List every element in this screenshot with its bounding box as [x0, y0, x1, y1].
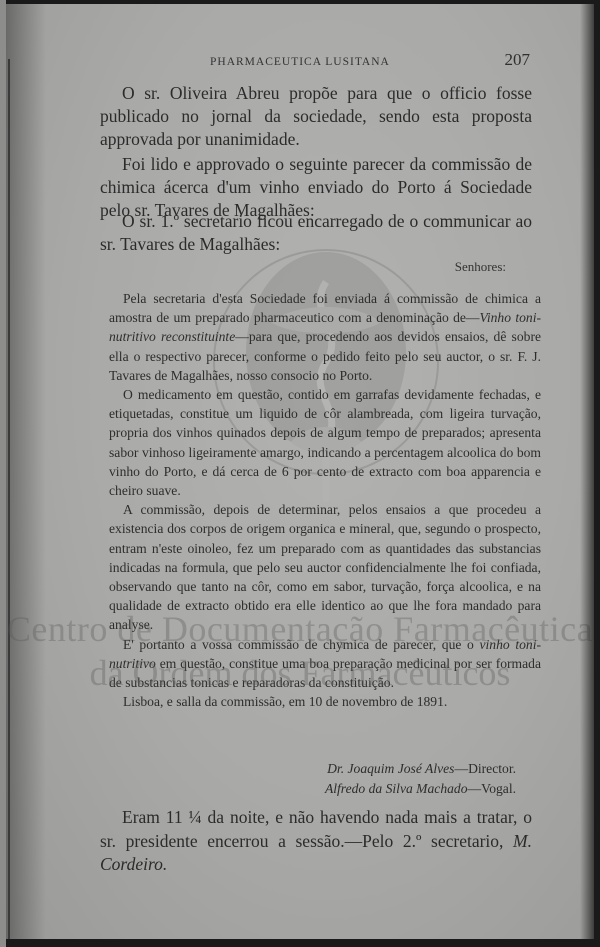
paragraph-text: Eram 11 ¼ da noite, e não havendo nada m…	[100, 806, 532, 877]
report-paragraph: E' portanto a vossa commissão de chymica…	[109, 635, 541, 693]
report-text: E' portanto a vossa commissão de chymica…	[123, 637, 479, 652]
body-paragraph: O sr. 1.º secretario ficou encarregado d…	[100, 210, 532, 256]
signature-line: Alfredo da Silva Machado—Vogal.	[106, 779, 516, 799]
signatory-name: Dr. Joaquim José Alves	[327, 761, 454, 776]
report-text: Pela secretaria d'esta Sociedade foi env…	[109, 291, 541, 325]
signature-line: Dr. Joaquim José Alves—Director.	[106, 759, 516, 779]
signatory-name: Alfredo da Silva Machado	[325, 781, 468, 796]
paragraph-text: O sr. 1.º secretario ficou encarregado d…	[100, 210, 532, 256]
report-salutation: Senhores:	[455, 259, 506, 275]
closing-text: Eram 11 ¼ da noite, e não havendo nada m…	[100, 807, 532, 851]
report-paragraph: Pela secretaria d'esta Sociedade foi env…	[109, 289, 541, 385]
paragraph-text: O sr. Oliveira Abreu propõe para que o o…	[100, 82, 532, 151]
report-text: em questão, constitue uma boa preparação…	[109, 656, 541, 690]
commission-report: Pela secretaria d'esta Sociedade foi env…	[109, 289, 541, 711]
signatory-role: —Vogal.	[468, 781, 516, 796]
signatory-role: —Director.	[454, 761, 516, 776]
body-paragraph: O sr. Oliveira Abreu propõe para que o o…	[100, 82, 532, 151]
report-paragraph: A commissão, depois de determinar, pelos…	[109, 500, 541, 634]
scanned-page: PHARMACEUTICA LUSITANA 207 O sr. Oliveir…	[6, 4, 594, 939]
spine-line	[8, 59, 10, 939]
closing-paragraph: Eram 11 ¼ da noite, e não havendo nada m…	[100, 806, 532, 877]
report-date-line: Lisboa, e salla da commissão, em 10 de n…	[109, 692, 541, 711]
signature-block: Dr. Joaquim José Alves—Director. Alfredo…	[106, 759, 516, 799]
running-head: PHARMACEUTICA LUSITANA	[210, 56, 390, 68]
page-header: PHARMACEUTICA LUSITANA 207	[110, 50, 530, 72]
report-paragraph: O medicamento em questão, contido em gar…	[109, 385, 541, 500]
page-number: 207	[505, 50, 531, 70]
